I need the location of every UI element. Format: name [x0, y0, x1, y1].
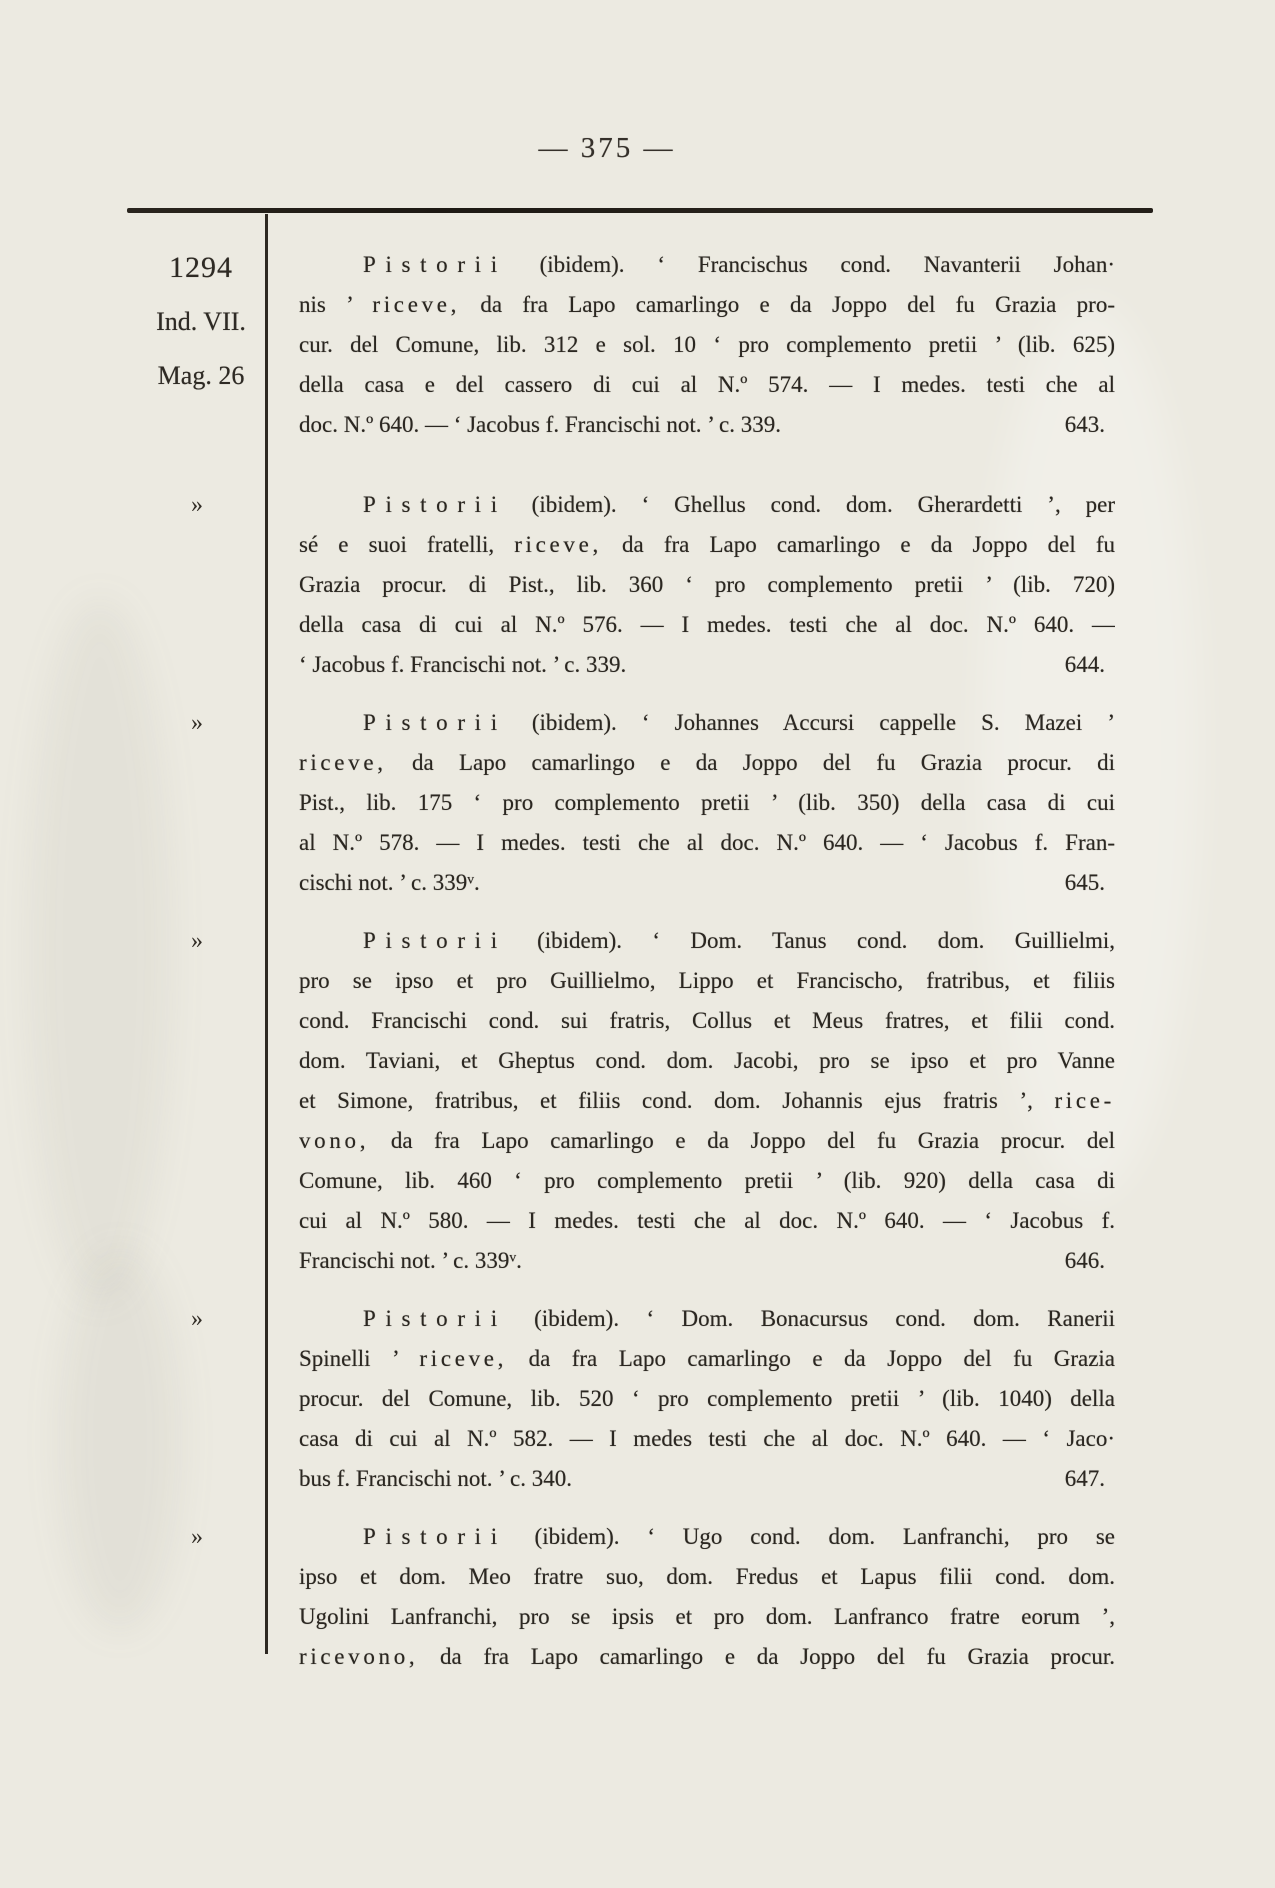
text-segment: cui al N.º 580. — I medes. testi che al …: [299, 1208, 1115, 1233]
entry-number: 643.: [1065, 405, 1105, 445]
text-segment: da fra Lapo camarlingo e da Joppo del fu…: [369, 1128, 1115, 1153]
text-line: ricevono, da fra Lapo camarlingo e da Jo…: [299, 1637, 1115, 1677]
text-segment: ‘ Dom. Bonacursus cond. dom. Ranerii: [647, 1306, 1116, 1331]
text-segment: ‘ Ugo cond. dom. Lanfranchi, pro se: [647, 1524, 1115, 1549]
text-line: Pistorii (ibidem). ‘ Dom. Tanus cond. do…: [299, 921, 1115, 961]
regesta-entry: »Pistorii (ibidem). ‘ Ugo cond. dom. Lan…: [127, 1517, 1115, 1677]
text-segment: da fra Lapo camarlingo e da Joppo del fu: [602, 532, 1115, 557]
text-segment: doc. N.º 640. — ‘ Jacobus f. Francischi …: [299, 405, 781, 445]
letterspaced-word: vono,: [299, 1128, 369, 1153]
text-line: et Simone, fratribus, et filiis cond. do…: [299, 1081, 1115, 1121]
text-segment: ‘ Jacobus f. Francischi not. ’ c. 339.: [299, 645, 626, 685]
entry-heading: Pistorii: [363, 710, 507, 735]
text-line: cond. Francischi cond. sui fratris, Coll…: [299, 1001, 1115, 1041]
text-segment: bus f. Francischi not. ’ c. 340.: [299, 1466, 572, 1491]
text-segment: ipso et dom. Meo fratre suo, dom. Fredus…: [299, 1564, 1115, 1589]
text-line: Pistorii (ibidem). ‘ Dom. Bonacursus con…: [299, 1299, 1115, 1339]
letterspaced-word: riceve,: [372, 292, 460, 317]
text-line: Pistorii (ibidem). ‘ Francischus cond. N…: [299, 245, 1115, 285]
text-segment: ‘ Dom. Tanus cond. dom. Guillielmi,: [652, 928, 1115, 953]
text-segment: da fra Lapo camarlingo e da Joppo del fu…: [507, 1346, 1115, 1371]
text-line: Ugolini Lanfranchi, pro se ipsis et pro …: [299, 1597, 1115, 1637]
entry-number: 646.: [1065, 1241, 1105, 1281]
regesta-entry: »Pistorii (ibidem). ‘ Dom. Bonacursus co…: [127, 1299, 1115, 1499]
header-rule: [127, 208, 1153, 213]
text-segment: Francischi not. ’ c. 339ᵛ.: [299, 1241, 522, 1281]
regesta-entries: 1294Ind. VII.Mag. 26Pistorii (ibidem). ‘…: [127, 245, 1115, 1695]
entry-number: 647.: [1065, 1459, 1105, 1499]
text-segment: ‘ Ghellus cond. dom. Gherardetti ’, per: [642, 492, 1115, 517]
margin-day: Mag. 26: [127, 349, 275, 403]
text-line: dom. Taviani, et Gheptus cond. dom. Jaco…: [299, 1041, 1115, 1081]
text-segment: da Lapo camarlingo e da Joppo del fu Gra…: [387, 750, 1115, 775]
ditto-mark: »: [127, 485, 299, 525]
text-segment: della casa di cui al N.º 576. — I medes.…: [299, 612, 1115, 637]
text-line: bus f. Francischi not. ’ c. 340.647.: [299, 1459, 1115, 1499]
text-segment: sé e suoi fratelli,: [299, 532, 514, 557]
letterspaced-word: riceve,: [419, 1346, 507, 1371]
scanned-book-page: — 375 — 1294Ind. VII.Mag. 26Pistorii (ib…: [0, 0, 1275, 1888]
text-line: ‘ Jacobus f. Francischi not. ’ c. 339.64…: [299, 645, 1115, 685]
margin-indiction: Ind. VII.: [127, 295, 275, 349]
letterspaced-word: riceve,: [299, 750, 387, 775]
text-line: Francischi not. ’ c. 339ᵛ.646.: [299, 1241, 1115, 1281]
text-segment: pro se ipso et pro Guillielmo, Lippo et …: [299, 968, 1115, 993]
margin-cell: »: [127, 485, 299, 685]
text-segment: Spinelli ’: [299, 1346, 419, 1371]
margin-date-block: 1294Ind. VII.Mag. 26: [127, 241, 299, 403]
text-line: cur. del Comune, lib. 312 e sol. 10 ‘ pr…: [299, 325, 1115, 365]
text-segment: cond. Francischi cond. sui fratris, Coll…: [299, 1008, 1115, 1033]
text-segment: ‘ Johannes Accursi cappelle S. Mazei ’: [642, 710, 1115, 735]
text-segment: Pist., lib. 175 ‘ pro complemento pretii…: [299, 790, 1115, 815]
text-segment: della casa e del cassero di cui al N.º 5…: [299, 372, 1115, 397]
regesta-entry: »Pistorii (ibidem). ‘ Dom. Tanus cond. d…: [127, 921, 1115, 1281]
entry-text: Pistorii (ibidem). ‘ Francischus cond. N…: [299, 245, 1115, 445]
text-line: Pistorii (ibidem). ‘ Johannes Accursi ca…: [299, 703, 1115, 743]
regesta-entry: 1294Ind. VII.Mag. 26Pistorii (ibidem). ‘…: [127, 245, 1115, 445]
text-line: ipso et dom. Meo fratre suo, dom. Fredus…: [299, 1557, 1115, 1597]
regesta-entry: »Pistorii (ibidem). ‘ Johannes Accursi c…: [127, 703, 1115, 903]
entry-heading: Pistorii: [363, 492, 507, 517]
entry-heading: Pistorii: [363, 252, 507, 277]
text-segment: (ibidem).: [507, 1524, 648, 1549]
text-segment: nis ’: [299, 292, 372, 317]
entry-text: Pistorii (ibidem). ‘ Johannes Accursi ca…: [299, 703, 1115, 903]
text-segment: casa di cui al N.º 582. — I medes testi …: [299, 1426, 1115, 1451]
text-segment: dom. Taviani, et Gheptus cond. dom. Jaco…: [299, 1048, 1115, 1073]
entry-number: 644.: [1065, 645, 1105, 685]
margin-year: 1294: [127, 241, 275, 295]
text-segment: Ugolini Lanfranchi, pro se ipsis et pro …: [299, 1604, 1115, 1629]
text-line: Grazia procur. di Pist., lib. 360 ‘ pro …: [299, 565, 1115, 605]
text-segment: Comune, lib. 460 ‘ pro complemento preti…: [299, 1168, 1115, 1193]
margin-cell: »: [127, 1517, 299, 1677]
entry-heading: Pistorii: [363, 1306, 507, 1331]
text-segment: al N.º 578. — I medes. testi che al doc.…: [299, 830, 1115, 855]
text-line: Pistorii (ibidem). ‘ Ghellus cond. dom. …: [299, 485, 1115, 525]
text-segment: cur. del Comune, lib. 312 e sol. 10 ‘ pr…: [299, 332, 1115, 357]
letterspaced-word: riceve,: [514, 532, 602, 557]
entry-text: Pistorii (ibidem). ‘ Ugo cond. dom. Lanf…: [299, 1517, 1115, 1677]
text-segment: procur. del Comune, lib. 520 ‘ pro compl…: [299, 1386, 1115, 1411]
margin-cell: »: [127, 703, 299, 903]
text-line: nis ’ riceve, da fra Lapo camarlingo e d…: [299, 285, 1115, 325]
text-line: casa di cui al N.º 582. — I medes testi …: [299, 1419, 1115, 1459]
text-line: Comune, lib. 460 ‘ pro complemento preti…: [299, 1161, 1115, 1201]
text-segment: ‘ Jacobus f. Francischi not. ’ c. 339.: [299, 652, 626, 677]
text-segment: doc. N.º 640. — ‘ Jacobus f. Francischi …: [299, 412, 781, 437]
text-line: cischi not. ’ c. 339ᵛ.645.: [299, 863, 1115, 903]
text-line: al N.º 578. — I medes. testi che al doc.…: [299, 823, 1115, 863]
text-segment: (ibidem).: [507, 252, 658, 277]
text-segment: da fra Lapo camarlingo e da Joppo del fu…: [418, 1644, 1115, 1669]
letterspaced-word: rice-: [1054, 1088, 1115, 1113]
ditto-mark: »: [127, 921, 299, 961]
text-line: della casa e del cassero di cui al N.º 5…: [299, 365, 1115, 405]
entry-text: Pistorii (ibidem). ‘ Ghellus cond. dom. …: [299, 485, 1115, 685]
text-line: pro se ipso et pro Guillielmo, Lippo et …: [299, 961, 1115, 1001]
page-number: — 375 —: [0, 132, 1214, 165]
text-segment: ‘ Francischus cond. Navanterii Johan·: [657, 252, 1115, 277]
text-line: doc. N.º 640. — ‘ Jacobus f. Francischi …: [299, 405, 1115, 445]
text-line: sé e suoi fratelli, riceve, da fra Lapo …: [299, 525, 1115, 565]
text-segment: Francischi not. ’ c. 339ᵛ.: [299, 1248, 522, 1273]
text-line: Pistorii (ibidem). ‘ Ugo cond. dom. Lanf…: [299, 1517, 1115, 1557]
text-segment: da fra Lapo camarlingo e da Joppo del fu…: [460, 292, 1115, 317]
entry-text: Pistorii (ibidem). ‘ Dom. Tanus cond. do…: [299, 921, 1115, 1281]
ditto-mark: »: [127, 1299, 299, 1339]
ditto-mark: »: [127, 703, 299, 743]
letterspaced-word: ricevono,: [299, 1644, 418, 1669]
text-line: della casa di cui al N.º 576. — I medes.…: [299, 605, 1115, 645]
text-line: cui al N.º 580. — I medes. testi che al …: [299, 1201, 1115, 1241]
regesta-entry: »Pistorii (ibidem). ‘ Ghellus cond. dom.…: [127, 485, 1115, 685]
text-segment: cischi not. ’ c. 339ᵛ.: [299, 870, 480, 895]
text-segment: Grazia procur. di Pist., lib. 360 ‘ pro …: [299, 572, 1115, 597]
text-line: riceve, da Lapo camarlingo e da Joppo de…: [299, 743, 1115, 783]
ditto-mark: »: [127, 1517, 299, 1557]
margin-cell: »: [127, 921, 299, 1281]
text-segment: cischi not. ’ c. 339ᵛ.: [299, 863, 480, 903]
margin-cell: »: [127, 1299, 299, 1499]
text-segment: (ibidem).: [507, 1306, 647, 1331]
text-segment: (ibidem).: [507, 710, 642, 735]
text-segment: (ibidem).: [507, 492, 642, 517]
text-line: Pist., lib. 175 ‘ pro complemento pretii…: [299, 783, 1115, 823]
text-line: vono, da fra Lapo camarlingo e da Joppo …: [299, 1121, 1115, 1161]
entry-heading: Pistorii: [363, 928, 507, 953]
margin-cell: 1294Ind. VII.Mag. 26: [127, 245, 299, 445]
entry-text: Pistorii (ibidem). ‘ Dom. Bonacursus con…: [299, 1299, 1115, 1499]
text-line: Spinelli ’ riceve, da fra Lapo camarling…: [299, 1339, 1115, 1379]
text-segment: et Simone, fratribus, et filiis cond. do…: [299, 1088, 1054, 1113]
text-segment: bus f. Francischi not. ’ c. 340.: [299, 1459, 572, 1499]
entry-heading: Pistorii: [363, 1524, 507, 1549]
entry-number: 645.: [1065, 863, 1105, 903]
text-segment: (ibidem).: [507, 928, 653, 953]
text-line: procur. del Comune, lib. 520 ‘ pro compl…: [299, 1379, 1115, 1419]
